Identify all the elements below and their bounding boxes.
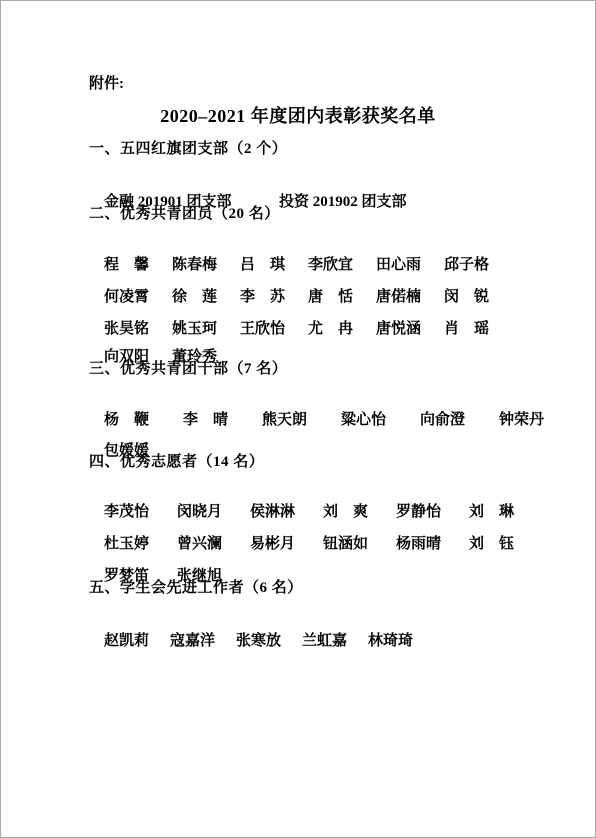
branch-cell: 投资 201902 团支部 <box>279 192 407 212</box>
section-heading-3: 三、优秀共青团干部（7 名） <box>89 359 287 379</box>
name-cell: 兰虹嘉 <box>302 631 368 651</box>
award-row: 张昊铭姚玉珂王欣怡尤 冉唐悦涵肖 瑶 <box>89 299 512 319</box>
award-row: 李茂怡闵晓月侯淋淋刘 爽罗静怡刘 琳 <box>89 482 542 502</box>
award-row: 赵凯莉寇嘉洋张寒放兰虹嘉林琦琦 <box>89 611 434 631</box>
name-cell: 寇嘉洋 <box>170 631 236 651</box>
name-cell: 钮涵如 <box>323 534 396 554</box>
section-heading-5: 五、学生会先进工作者（6 名） <box>89 578 303 598</box>
name-cell: 熊天朗 <box>262 410 341 430</box>
name-cell: 唐悦涵 <box>376 319 444 339</box>
award-row: 杜玉婷曾兴澜易彬月钮涵如杨雨晴刘 钰 <box>89 514 542 534</box>
award-row: 金融 201901 团支部投资 201902 团支部 <box>89 172 407 192</box>
award-row: 向双阳董玲秀 <box>89 327 240 347</box>
award-row: 包媛媛 <box>89 421 183 441</box>
award-row: 何凌霄徐 莲李 苏唐 恬唐偌楠闵 锐 <box>89 267 512 287</box>
name-cell: 易彬月 <box>250 534 323 554</box>
name-cell: 向俞澄 <box>420 410 499 430</box>
name-cell: 粱心怡 <box>341 410 420 430</box>
award-row: 罗梦笛张继旭 <box>89 546 250 566</box>
name-cell: 杨雨晴 <box>396 534 469 554</box>
attachment-label: 附件: <box>89 74 124 94</box>
section-heading-1: 一、五四红旗团支部（2 个） <box>89 139 287 159</box>
name-cell: 李 晴 <box>183 410 262 430</box>
name-cell: 张寒放 <box>236 631 302 651</box>
document-title: 2020–2021 年度团内表彰获奖名单 <box>1 105 595 127</box>
award-row: 杨 鞭李 晴熊天朗粱心怡向俞澄钟荣丹 <box>89 390 578 410</box>
document-page: 附件: 2020–2021 年度团内表彰获奖名单 一、五四红旗团支部（2 个） … <box>0 0 596 838</box>
section-heading-4: 四、优秀志愿者（14 名） <box>89 452 264 472</box>
name-cell: 肖 瑶 <box>444 319 512 339</box>
name-cell: 林琦琦 <box>368 631 434 651</box>
name-cell: 赵凯莉 <box>104 631 170 651</box>
section-heading-2: 二、优秀共青团员（20 名） <box>89 204 280 224</box>
name-cell: 王欣怡 <box>240 319 308 339</box>
name-cell: 刘 钰 <box>469 534 542 554</box>
name-cell: 尤 冉 <box>308 319 376 339</box>
name-cell: 钟荣丹 <box>499 410 578 430</box>
award-row: 程 馨陈春梅吕 琪李欣宜田心雨邱子格 <box>89 235 512 255</box>
